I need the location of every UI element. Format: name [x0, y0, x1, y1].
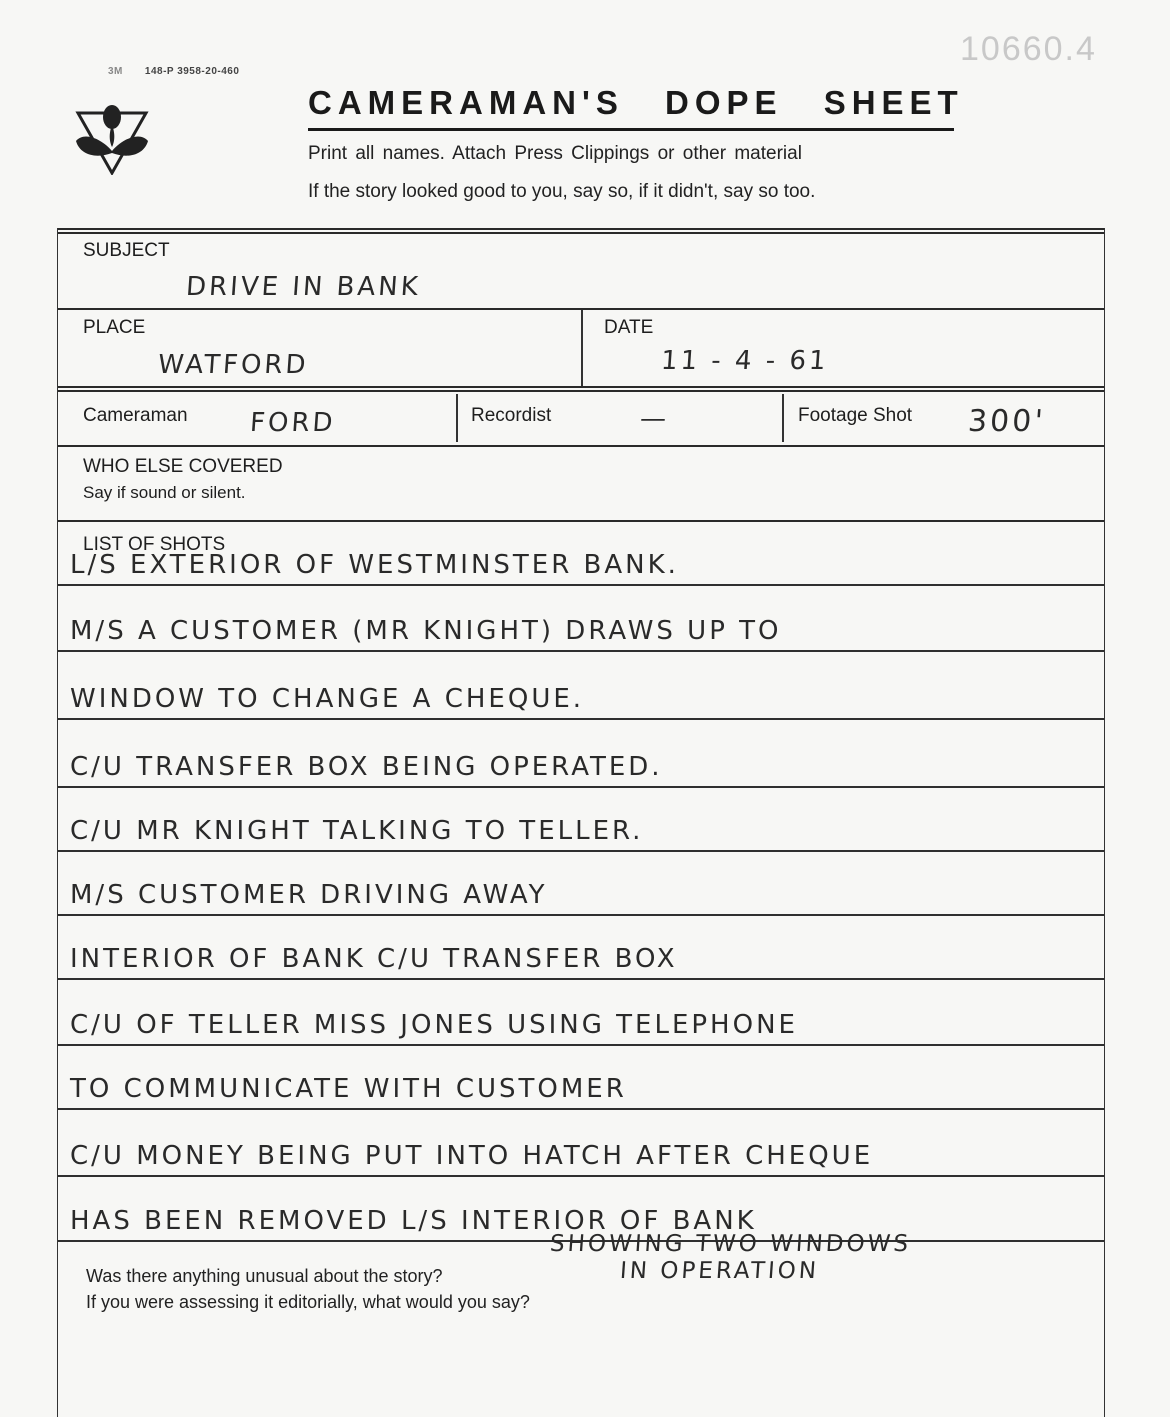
shot-line-rule — [58, 914, 1104, 916]
instruction-line-2: If the story looked good to you, say so,… — [308, 181, 815, 203]
editorial-question-2: If you were assessing it editorially, wh… — [86, 1292, 530, 1313]
form-mark: 3M — [108, 66, 123, 77]
archive-stamp: 10660.4 — [960, 30, 1097, 69]
recordist-field[interactable]: — — [639, 404, 670, 434]
shot-continuation-1[interactable]: SHOWING TWO WINDOWS — [549, 1231, 912, 1257]
shot-entry[interactable]: WINDOW TO CHANGE A CHEQUE. — [70, 684, 584, 714]
shot-entry[interactable]: C/U OF TELLER MISS JONES USING TELEPHONE — [70, 1010, 798, 1040]
cameraman-label: Cameraman — [83, 405, 188, 427]
recordist-label: Recordist — [471, 405, 551, 427]
place-rule — [58, 386, 1104, 388]
form-code: 3M148-P 3958-20-460 — [108, 66, 239, 77]
shot-line-rule — [58, 1108, 1104, 1110]
shot-line-rule — [58, 584, 1104, 586]
shot-line-rule — [58, 1044, 1104, 1046]
subject-label: SUBJECT — [83, 240, 170, 262]
who-else-covered-label: WHO ELSE COVERED — [83, 456, 283, 478]
who-else-covered-sublabel: Say if sound or silent. — [83, 483, 246, 503]
cameraman-rule — [58, 445, 1104, 447]
form-top-rule — [58, 228, 1104, 230]
place-date-divider — [581, 310, 583, 386]
shot-entry[interactable]: C/U MONEY BEING PUT INTO HATCH AFTER CHE… — [70, 1141, 873, 1171]
shot-line-rule — [58, 1175, 1104, 1177]
editorial-question-1: Was there anything unusual about the sto… — [86, 1266, 443, 1287]
dope-sheet-form: SUBJECT DRIVE IN BANK PLACE WATFORD DATE… — [57, 228, 1105, 1417]
shot-entry[interactable]: TO COMMUNICATE WITH CUSTOMER — [70, 1074, 627, 1104]
shot-entry[interactable]: M/S CUSTOMER DRIVING AWAY — [70, 880, 548, 910]
who-else-rule — [58, 520, 1104, 522]
subject-field[interactable]: DRIVE IN BANK — [185, 272, 422, 302]
shot-entry[interactable]: C/U TRANSFER BOX BEING OPERATED. — [70, 752, 663, 782]
shot-line-rule — [58, 650, 1104, 652]
shot-line-rule — [58, 786, 1104, 788]
date-field[interactable]: 11 - 4 - 61 — [660, 346, 830, 376]
footage-shot-label: Footage Shot — [798, 405, 912, 427]
shot-entry[interactable]: INTERIOR OF BANK C/U TRANSFER BOX — [70, 944, 678, 974]
shot-entry[interactable]: C/U MR KNIGHT TALKING TO TELLER. — [70, 816, 643, 846]
shot-entry[interactable]: L/S EXTERIOR OF WESTMINSTER BANK. — [70, 550, 679, 580]
title-underline — [308, 128, 954, 131]
cameraman-field[interactable]: FORD — [249, 408, 337, 438]
page-title: CAMERAMAN'S DOPE SHEET — [308, 84, 964, 122]
date-label: DATE — [604, 317, 653, 339]
place-field[interactable]: WATFORD — [157, 350, 310, 380]
news-camera-logo-icon — [72, 95, 152, 175]
shot-line-rule — [58, 978, 1104, 980]
shot-line-rule — [58, 850, 1104, 852]
shot-continuation-2[interactable]: IN OPERATION — [619, 1258, 820, 1284]
form-number: 148-P 3958-20-460 — [145, 66, 240, 77]
cameraman-recordist-divider — [456, 394, 458, 442]
shot-entry[interactable]: M/S A CUSTOMER (MR KNIGHT) DRAWS UP TO — [70, 616, 782, 646]
instruction-line-1: Print all names. Attach Press Clippings … — [308, 143, 802, 165]
footage-shot-field[interactable]: 300' — [967, 404, 1047, 439]
place-label: PLACE — [83, 317, 145, 339]
recordist-footage-divider — [782, 394, 784, 442]
shot-line-rule — [58, 718, 1104, 720]
